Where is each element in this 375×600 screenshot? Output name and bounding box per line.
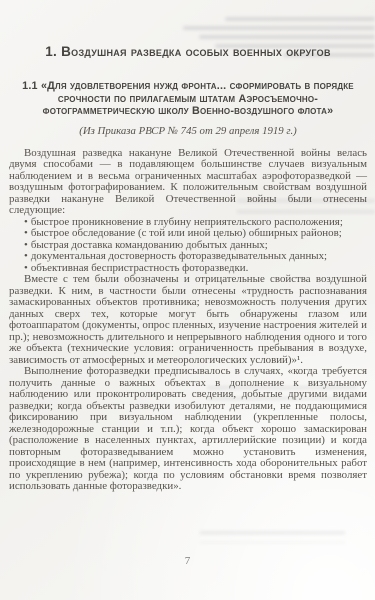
bullet-text: объективная беспристрастность фоторазвед… [31,262,248,274]
page-number: 7 [0,555,375,567]
bullet-icon: • [24,239,31,251]
bullet-icon: • [24,262,31,274]
paragraph-2: Вместе с тем были обозначены и отрицател… [9,274,367,366]
bullet-text: документальная достоверность фоторазведы… [31,250,327,262]
bullet-icon: • [24,216,31,228]
bullet-icon: • [24,227,31,239]
section-heading: 1.1 «Для удовлетворения нужд фронта... с… [12,80,364,118]
bullet-text: быстрая доставка командованию добытых да… [31,239,268,251]
paragraph-3: Выполнение фоторазведки предписывалось в… [9,366,367,493]
bullet-icon: • [24,250,31,262]
page-content: 1. Воздушная разведка особых военных окр… [9,44,367,493]
book-page: 1. Воздушная разведка особых военных окр… [0,0,375,600]
bullet-text: быстрое обследование (с той или иной цел… [31,227,342,239]
chapter-heading: 1. Воздушная разведка особых военных окр… [9,44,367,59]
paragraph-1: Воздушная разведка накануне Великой Отеч… [9,148,367,217]
citation-line: (Из Приказа РВСР № 745 от 29 апреля 1919… [9,125,367,137]
showthrough-ghost-bottom [200,531,345,543]
bullet-text: быстрое проникновение в глубину неприяте… [31,216,343,228]
